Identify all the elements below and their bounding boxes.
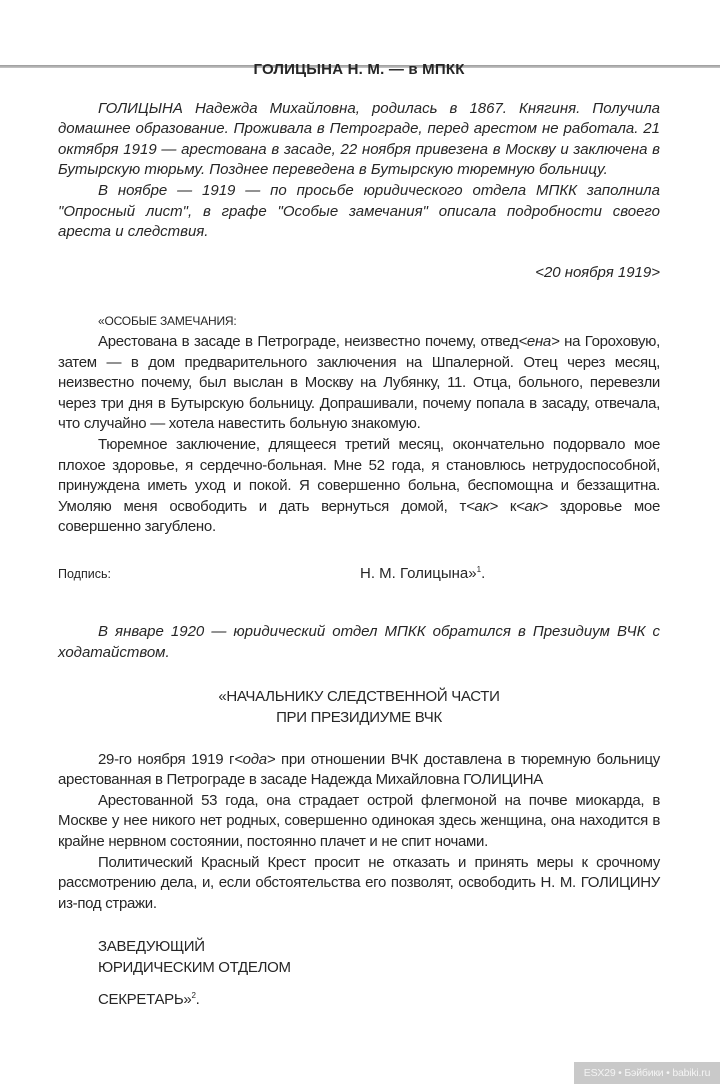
intro-paragraph-1: ГОЛИЦЫНА Надежда Михайловна, родилась в … [58,99,660,181]
january-note: В январе 1920 — юридический отдел МПКК о… [58,622,660,663]
notes-heading: «ОСОБЫЕ ЗАМЕЧАНИЯ: [58,311,660,332]
signatory-title-line-1: ЗАВЕДУЮЩИЙ [98,936,660,957]
letter-paragraph-2: Арестованной 53 года, она страдает остро… [58,791,660,853]
letter-signature-block: ЗАВЕДУЮЩИЙ ЮРИДИЧЕСКИМ ОТДЕЛОМ [58,936,660,978]
intro-paragraph-2: В ноябре — 1919 — по просьбе юридическог… [58,181,660,243]
document-title: ГОЛИЦЫНА Н. М. — в МПКК [58,60,660,81]
signature-label: Подпись: [58,564,360,585]
notes-paragraph-2: Тюремное заключение, длящееся третий мес… [58,435,660,538]
letter-addressee: «НАЧАЛЬНИКУ СЛЕДСТВЕННОЙ ЧАСТИ ПРИ ПРЕЗИ… [58,686,660,728]
signature-name: Н. М. Голицына»1. [360,564,485,585]
document-date: <20 ноября 1919> [58,263,660,284]
letter-paragraph-1: 29-го ноября 1919 г<ода> при отношении В… [58,750,660,791]
secretary-line: СЕКРЕТАРЬ»2. [58,990,660,1011]
letter-paragraph-3: Политический Красный Крест просит не отк… [58,853,660,915]
letter-body: 29-го ноября 1919 г<ода> при отношении В… [58,750,660,915]
notes-paragraph-1: Арестована в засаде в Петрограде, неизве… [58,332,660,435]
signature-line: Подпись: Н. М. Голицына»1. [58,564,660,585]
signatory-title-line-2: ЮРИДИЧЕСКИМ ОТДЕЛОМ [98,957,660,978]
special-notes-section: «ОСОБЫЕ ЗАМЕЧАНИЯ: Арестована в засаде в… [58,311,660,538]
site-watermark: ESX29 • Бэйбики • babiki.ru [574,1062,720,1084]
document-page: ГОЛИЦЫНА Н. М. — в МПКК ГОЛИЦЫНА Надежда… [58,60,660,1011]
